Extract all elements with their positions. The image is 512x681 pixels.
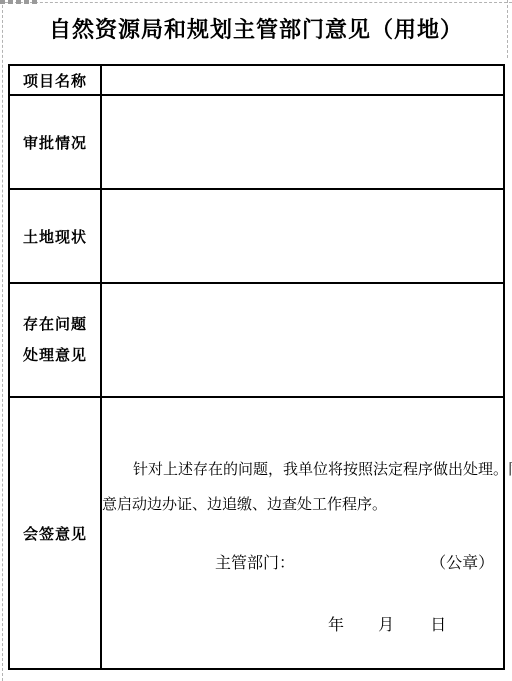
cell-project-name-value[interactable] bbox=[101, 65, 504, 95]
cell-approval-status-value[interactable] bbox=[101, 95, 504, 189]
table-row-project-name: 项目名称 bbox=[9, 65, 504, 95]
date-day-label: 日 bbox=[430, 615, 446, 634]
date-year-label: 年 bbox=[328, 615, 344, 634]
row-label-problems-handling: 存在问题 处理意见 bbox=[9, 283, 101, 397]
row-label-countersign: 会签意见 bbox=[9, 397, 101, 669]
table-row-approval-status: 审批情况 bbox=[9, 95, 504, 189]
problems-label-line-1: 存在问题 bbox=[10, 309, 100, 340]
table-row-land-status: 土地现状 bbox=[9, 189, 504, 283]
authority-label: 主管部门： bbox=[215, 553, 295, 572]
cell-countersign-content[interactable]: 针对上述存在的问题，我单位将按照法定程序做出处理。同 意启动边办证、边追缴、边查… bbox=[101, 397, 504, 669]
row-label-approval-status: 审批情况 bbox=[9, 95, 101, 189]
text-boundary-corner-mark bbox=[0, 0, 38, 4]
row-label-land-status: 土地现状 bbox=[9, 189, 101, 283]
signature-line: 主管部门： （公章） bbox=[102, 553, 503, 573]
text-boundary-left bbox=[2, 0, 3, 681]
countersign-paragraph-line-1: 针对上述存在的问题，我单位将按照法定程序做出处理。同 bbox=[102, 452, 503, 487]
text-boundary-top bbox=[0, 2, 512, 3]
row-label-project-name: 项目名称 bbox=[9, 65, 101, 95]
official-seal-label: （公章） bbox=[430, 553, 494, 572]
opinion-form-table: 项目名称 审批情况 土地现状 存在问题 处理意见 会签意见 针对上述存在的问题，… bbox=[8, 64, 505, 670]
problems-label-line-2: 处理意见 bbox=[10, 340, 100, 371]
countersign-paragraph: 针对上述存在的问题，我单位将按照法定程序做出处理。同 意启动边办证、边追缴、边查… bbox=[102, 452, 503, 522]
cell-problems-handling-value[interactable] bbox=[101, 283, 504, 397]
table-row-countersign: 会签意见 针对上述存在的问题，我单位将按照法定程序做出处理。同 意启动边办证、边… bbox=[9, 397, 504, 669]
document-page: 自然资源局和规划主管部门意见（用地） 项目名称 审批情况 土地现状 存在问题 处… bbox=[0, 0, 512, 681]
table-row-problems-handling: 存在问题 处理意见 bbox=[9, 283, 504, 397]
cell-land-status-value[interactable] bbox=[101, 189, 504, 283]
countersign-paragraph-line-2: 意启动边办证、边追缴、边查处工作程序。 bbox=[102, 487, 503, 522]
date-month-label: 月 bbox=[378, 615, 394, 634]
form-title: 自然资源局和规划主管部门意见（用地） bbox=[0, 14, 512, 46]
date-line: 年 月 日 bbox=[102, 615, 503, 635]
